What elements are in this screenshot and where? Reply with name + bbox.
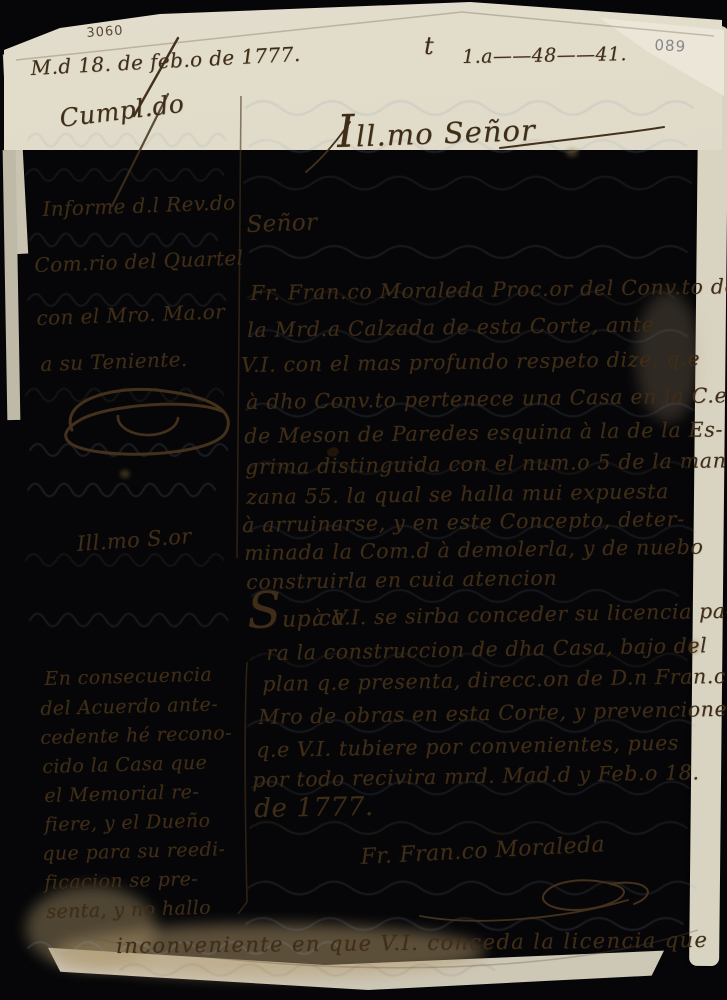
signature-rubric [420, 900, 628, 921]
margin-report-line: fiere, y el Dueño [44, 810, 211, 836]
folio-number-pencil: 089 [654, 36, 687, 56]
margin-report-line: del Acuerdo ante- [40, 693, 218, 720]
margin-report-line: En consecuencia [44, 664, 212, 690]
suplica-date-line: de 1777. [254, 792, 374, 824]
margin-report-line: senta, y no hallo [46, 897, 211, 923]
manuscript-photograph: 3060 M.d 18. de feb.o de 1777. t 1.a——48… [0, 0, 727, 1000]
margin-rubric-flourish [66, 389, 229, 454]
signature-rubric [543, 880, 648, 910]
margin-report-line: cido la Casa que [42, 752, 207, 778]
margin-report-line: ficacion se pre- [44, 868, 198, 894]
docket-numbers: 1.a——48——41. [462, 43, 627, 68]
margin-divider-rule-top [237, 96, 241, 558]
body-heading: Ill.mo Señor [336, 98, 536, 158]
body-salutation: Señor [246, 210, 318, 238]
margin-rubric-flourish [118, 416, 178, 435]
informe-note-line: a su Teniente. [40, 347, 188, 376]
docket-letter: t [424, 32, 434, 60]
margin-report-line: el Memorial re- [44, 781, 199, 807]
registry-number: 3060 [86, 23, 124, 41]
margin-divider-rule-bottom [238, 662, 247, 914]
